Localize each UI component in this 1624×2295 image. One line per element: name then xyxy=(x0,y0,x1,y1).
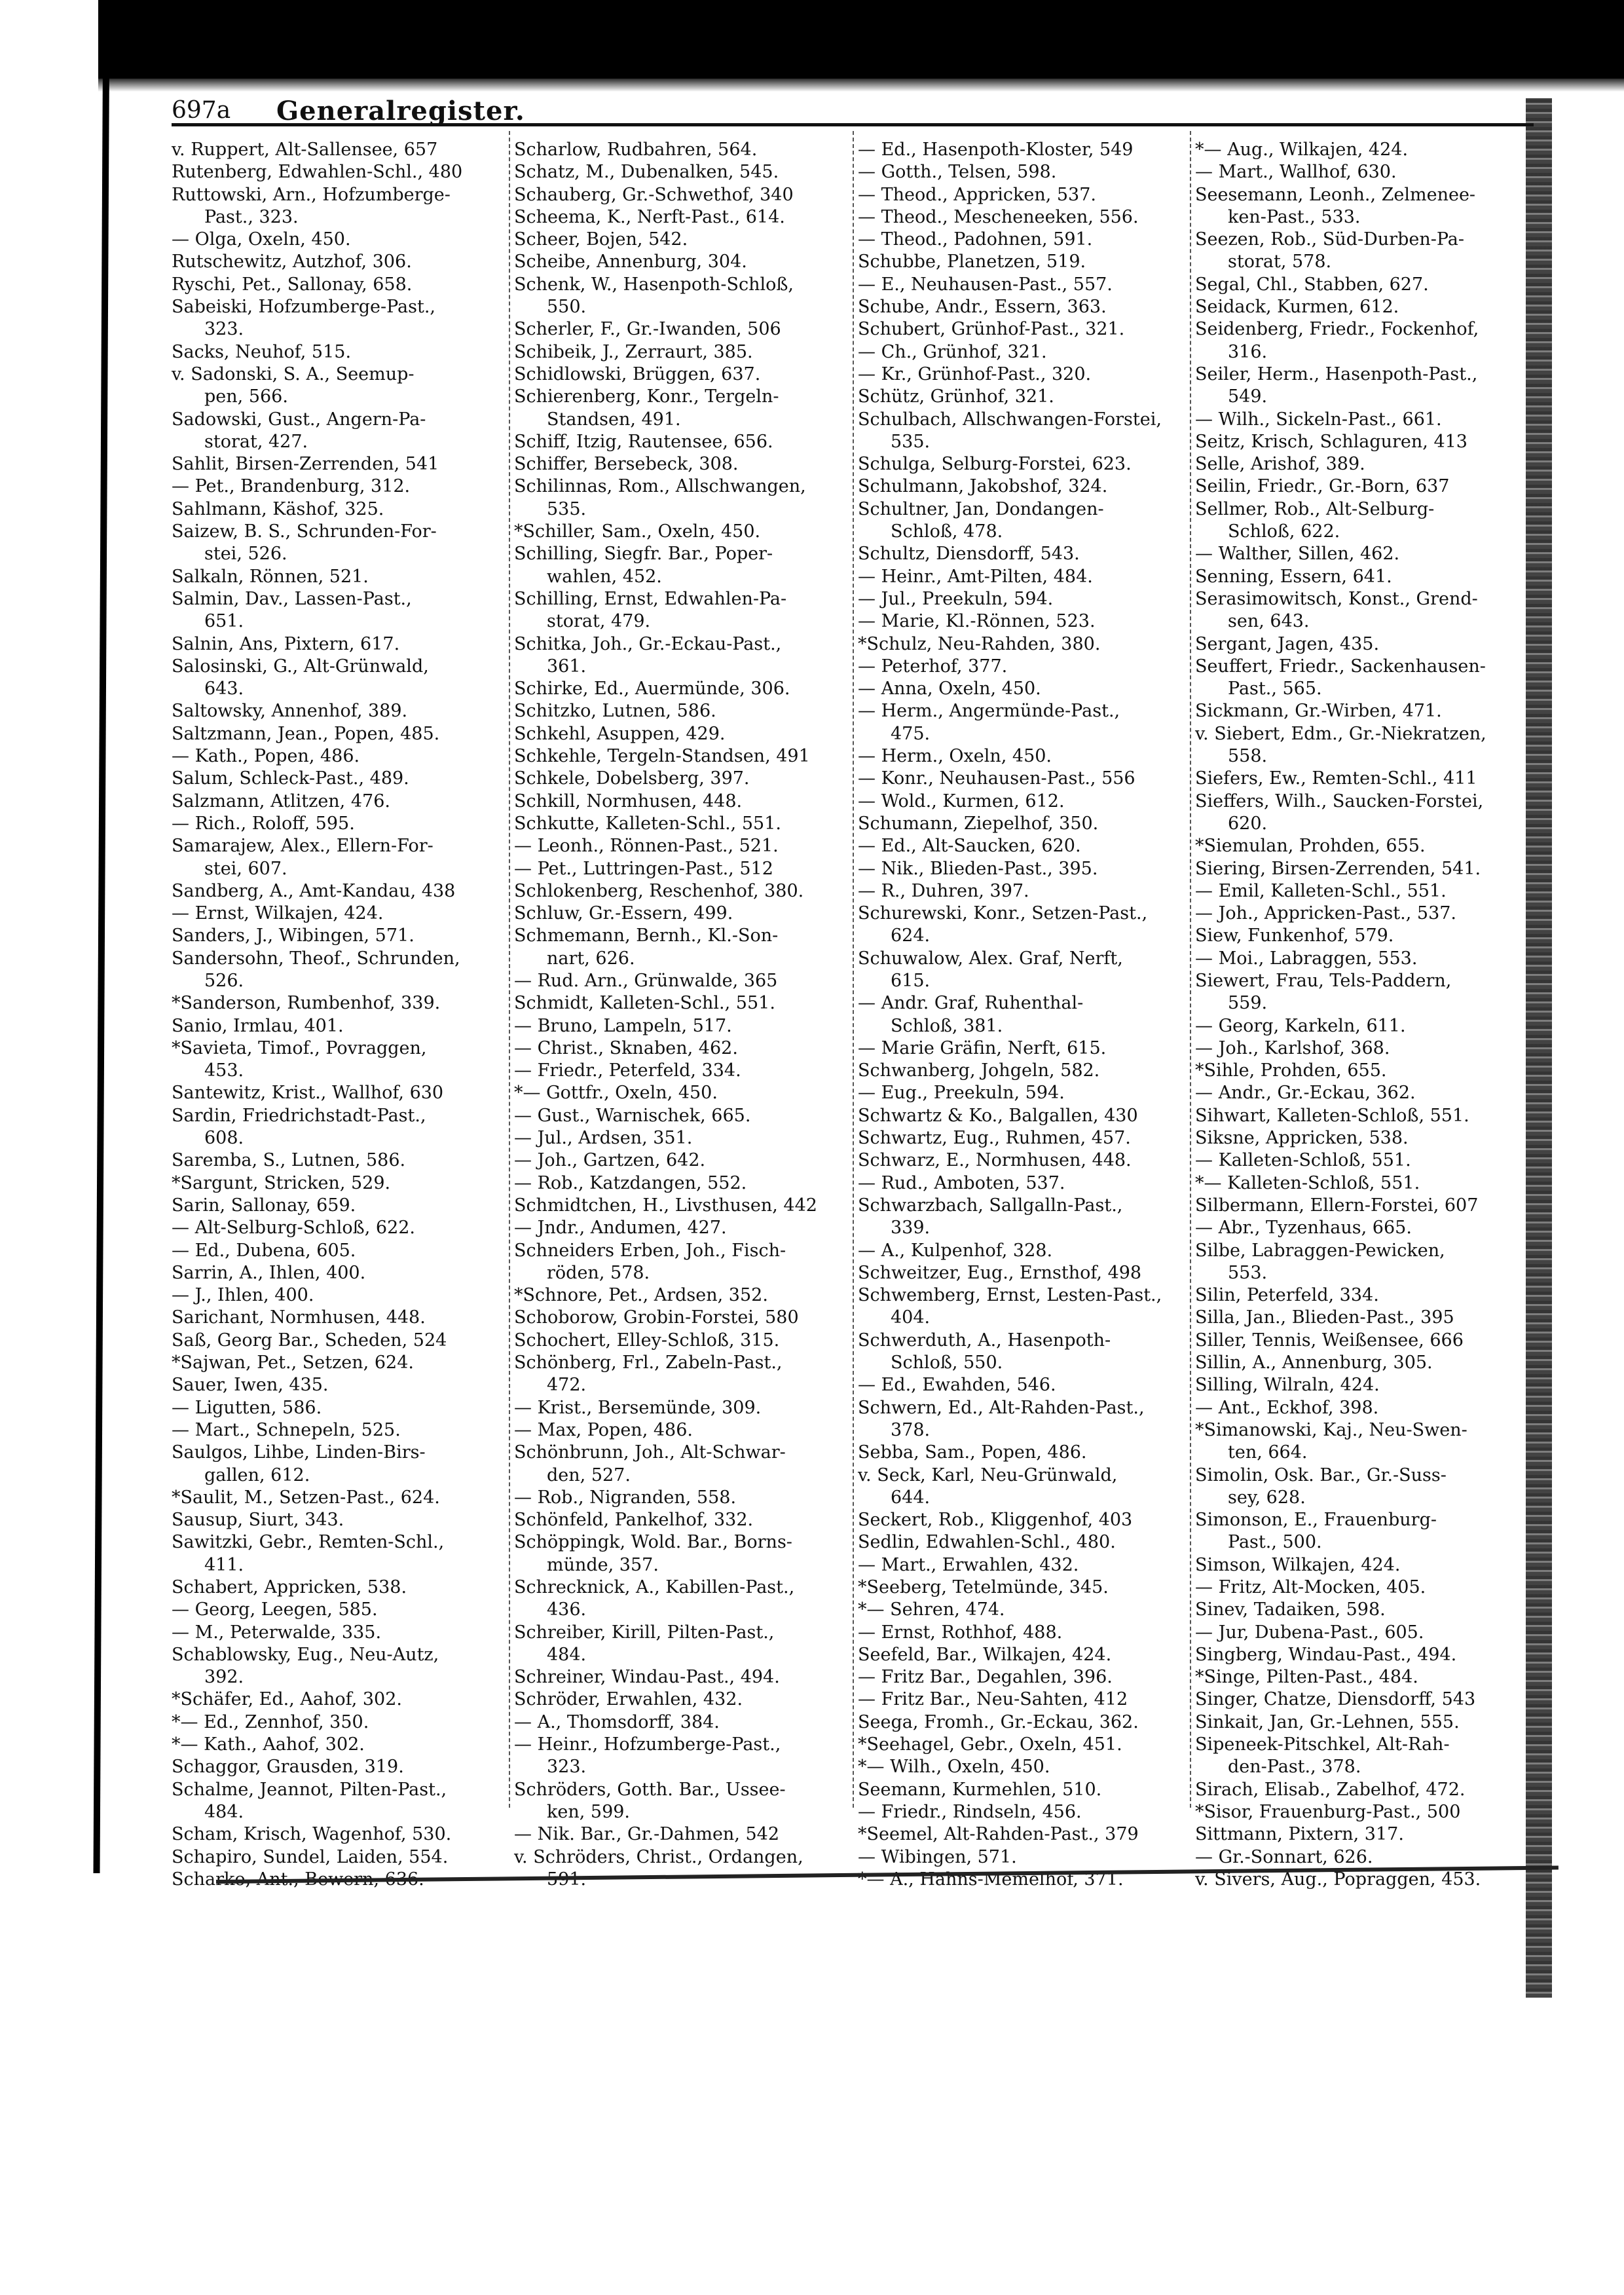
register-entry: Salosinski, G., Alt-Grünwald, xyxy=(172,656,512,678)
register-entry: — Georg, Leegen, 585. xyxy=(172,1599,512,1621)
register-entry: — Ligutten, 586. xyxy=(172,1397,512,1419)
register-entry-continuation: Past., 323. xyxy=(172,206,512,229)
register-entry: Schmemann, Bernh., Kl.-Son- xyxy=(514,925,855,947)
register-entry: — Marie Gräfin, Nerft, 615. xyxy=(858,1037,1198,1060)
register-entry: Sebba, Sam., Popen, 486. xyxy=(858,1442,1198,1464)
register-entry: — Kr., Grünhof-Past., 320. xyxy=(858,364,1198,386)
register-entry: Sanio, Irmlau, 401. xyxy=(172,1015,512,1037)
register-entry: Schubert, Grünhof-Past., 321. xyxy=(858,318,1198,341)
register-entry: Simolin, Osk. Bar., Gr.-Suss- xyxy=(1195,1465,1536,1487)
register-entry: Scharlow, Rudbahren, 564. xyxy=(514,139,855,161)
register-entry: Sadowski, Gust., Angern-Pa- xyxy=(172,409,512,431)
register-entry: Sahlit, Birsen-Zerrenden, 541 xyxy=(172,453,512,476)
register-entry-continuation: 620. xyxy=(1195,813,1536,835)
register-entry: — Olga, Oxeln, 450. xyxy=(172,229,512,251)
register-entry: — J., Ihlen, 400. xyxy=(172,1284,512,1307)
register-entry: — Konr., Neuhausen-Past., 556 xyxy=(858,768,1198,790)
register-entry: Schochert, Elley-Schloß, 315. xyxy=(514,1330,855,1352)
register-entry: Schkele, Dobelsberg, 397. xyxy=(514,768,855,790)
register-entry: — Rud., Amboten, 537. xyxy=(858,1172,1198,1195)
register-entry: v. Sadonski, S. A., Seemup- xyxy=(172,364,512,386)
header-rule xyxy=(172,123,1534,126)
register-entry: Seuffert, Friedr., Sackenhausen- xyxy=(1195,656,1536,678)
register-entry: Sittmann, Pixtern, 317. xyxy=(1195,1823,1536,1846)
register-entry: Seidack, Kurmen, 612. xyxy=(1195,296,1536,318)
register-entry: — Joh., Appricken-Past., 537. xyxy=(1195,903,1536,925)
register-entry: Salkaln, Rönnen, 521. xyxy=(172,566,512,588)
register-entry: Schuwalow, Alex. Graf, Nerft, xyxy=(858,948,1198,970)
register-entry: — Moi., Labraggen, 553. xyxy=(1195,948,1536,970)
register-entry: Sawitzki, Gebr., Remten-Schl., xyxy=(172,1531,512,1554)
register-entry: — M., Peterwalde, 335. xyxy=(172,1622,512,1644)
register-entry: Schönfeld, Pankelhof, 332. xyxy=(514,1509,855,1531)
register-entry: — Georg, Karkeln, 611. xyxy=(1195,1015,1536,1037)
register-entry: Sarin, Sallonay, 659. xyxy=(172,1195,512,1217)
register-entry: Schkutte, Kalleten-Schl., 551. xyxy=(514,813,855,835)
register-entry: Siller, Tennis, Weißensee, 666 xyxy=(1195,1330,1536,1352)
register-entry: — Gust., Warnischek, 665. xyxy=(514,1105,855,1127)
register-entry: Sarrin, A., Ihlen, 400. xyxy=(172,1262,512,1284)
register-entry: *Sargunt, Stricken, 529. xyxy=(172,1172,512,1195)
register-entry: Serasimowitsch, Konst., Grend- xyxy=(1195,588,1536,610)
register-entry-continuation: Schloß, 622. xyxy=(1195,521,1536,543)
register-entry: — Anna, Oxeln, 450. xyxy=(858,678,1198,700)
register-entry-continuation: sey, 628. xyxy=(1195,1487,1536,1509)
register-entry-continuation: Past., 565. xyxy=(1195,678,1536,700)
register-entry: — Jul., Preekuln, 594. xyxy=(858,588,1198,610)
register-entry: Sardin, Friedrichstadt-Past., xyxy=(172,1105,512,1127)
scan-top-shadow xyxy=(98,0,1624,79)
register-entry-continuation: 553. xyxy=(1195,1262,1536,1284)
register-entry: — Andr. Graf, Ruhenthal- xyxy=(858,992,1198,1015)
register-entry-continuation: 615. xyxy=(858,970,1198,992)
register-entry: Schibeik, J., Zerraurt, 385. xyxy=(514,341,855,364)
register-entry: Schierenberg, Konr., Tergeln- xyxy=(514,386,855,408)
register-entry-continuation: stei, 607. xyxy=(172,858,512,880)
register-entry: Sillin, A., Annenburg, 305. xyxy=(1195,1352,1536,1374)
register-entry: — Jur, Dubena-Past., 605. xyxy=(1195,1622,1536,1644)
register-entry: Schwerduth, A., Hasenpoth- xyxy=(858,1330,1198,1352)
register-entry: Schaggor, Grausden, 319. xyxy=(172,1756,512,1778)
register-entry: — Marie, Kl.-Rönnen, 523. xyxy=(858,610,1198,633)
register-entry: Schauberg, Gr.-Schwethof, 340 xyxy=(514,184,855,206)
register-entry: Sinkait, Jan, Gr.-Lehnen, 555. xyxy=(1195,1711,1536,1734)
register-entry-continuation: 339. xyxy=(858,1217,1198,1239)
register-entry: Simonson, E., Frauenburg- xyxy=(1195,1509,1536,1531)
register-entry: Schmidtchen, H., Livsthusen, 442 xyxy=(514,1195,855,1217)
register-entry-continuation: Schloß, 381. xyxy=(858,1015,1198,1037)
register-entry: Schabert, Appricken, 538. xyxy=(172,1577,512,1599)
register-entry-continuation: 475. xyxy=(858,723,1198,745)
register-entry: Schkill, Normhusen, 448. xyxy=(514,791,855,813)
register-entry: Sahlmann, Käshof, 325. xyxy=(172,498,512,521)
register-entry: Salmin, Dav., Lassen-Past., xyxy=(172,588,512,610)
register-entry: — Friedr., Rindseln, 456. xyxy=(858,1801,1198,1823)
register-entry: Schweitzer, Eug., Ernsthof, 498 xyxy=(858,1262,1198,1284)
register-entry: — Heinr., Hofzumberge-Past., xyxy=(514,1734,855,1756)
register-entry: Seefeld, Bar., Wilkajen, 424. xyxy=(858,1644,1198,1666)
register-entry-continuation: 644. xyxy=(858,1487,1198,1509)
register-entry: — Ed., Alt-Saucken, 620. xyxy=(858,835,1198,857)
register-entry: Singberg, Windau-Past., 494. xyxy=(1195,1644,1536,1666)
register-entry: — Bruno, Lampeln, 517. xyxy=(514,1015,855,1037)
register-entry: Siew, Funkenhof, 579. xyxy=(1195,925,1536,947)
register-entry: Saß, Georg Bar., Scheden, 524 xyxy=(172,1330,512,1352)
register-entry-continuation: nart, 626. xyxy=(514,948,855,970)
register-entry-continuation: storat, 578. xyxy=(1195,251,1536,273)
register-entry: Seiler, Herm., Hasenpoth-Past., xyxy=(1195,364,1536,386)
register-entry: Scheibe, Annenburg, 304. xyxy=(514,251,855,273)
register-entry: *Schulz, Neu-Rahden, 380. xyxy=(858,633,1198,656)
register-entry: — Jndr., Andumen, 427. xyxy=(514,1217,855,1239)
register-entry-continuation: den, 527. xyxy=(514,1465,855,1487)
register-entry-continuation: Schloß, 550. xyxy=(858,1352,1198,1374)
register-entry: Schwartz & Ko., Balgallen, 430 xyxy=(858,1105,1198,1127)
register-entry: Schenk, W., Hasenpoth-Schloß, xyxy=(514,274,855,296)
register-entry: Schitka, Joh., Gr.-Eckau-Past., xyxy=(514,633,855,656)
register-entry-continuation: 378. xyxy=(858,1419,1198,1442)
register-entry: Segal, Chl., Stabben, 627. xyxy=(1195,274,1536,296)
register-entry: — Kalleten-Schloß, 551. xyxy=(1195,1149,1536,1172)
register-entry: Schütz, Grünhof, 321. xyxy=(858,386,1198,408)
register-entry: Schlokenberg, Reschenhof, 380. xyxy=(514,880,855,903)
register-entry-continuation: 316. xyxy=(1195,341,1536,364)
register-entry: Saremba, S., Lutnen, 586. xyxy=(172,1149,512,1172)
register-entry: Rutenberg, Edwahlen-Schl., 480 xyxy=(172,161,512,183)
register-entry: Sarichant, Normhusen, 448. xyxy=(172,1307,512,1329)
register-entry-continuation: Past., 500. xyxy=(1195,1531,1536,1554)
register-entry: Schulmann, Jakobshof, 324. xyxy=(858,476,1198,498)
register-entry: Scham, Krisch, Wagenhof, 530. xyxy=(172,1823,512,1846)
register-entry: Schreiner, Windau-Past., 494. xyxy=(514,1666,855,1689)
register-entry-continuation: 559. xyxy=(1195,992,1536,1015)
register-entry-continuation: 404. xyxy=(858,1307,1198,1329)
register-entry: Schulga, Selburg-Forstei, 623. xyxy=(858,453,1198,476)
register-entry: Schirke, Ed., Auermünde, 306. xyxy=(514,678,855,700)
register-entry-continuation: sen, 643. xyxy=(1195,610,1536,633)
register-entry: — Theod., Appricken, 537. xyxy=(858,184,1198,206)
register-entry: Sacks, Neuhof, 515. xyxy=(172,341,512,364)
register-entry: *— Aug., Wilkajen, 424. xyxy=(1195,139,1536,161)
register-entry: Sausup, Siurt, 343. xyxy=(172,1509,512,1531)
register-entry: Schkehl, Asuppen, 429. xyxy=(514,723,855,745)
register-entry: — Leonh., Rönnen-Past., 521. xyxy=(514,835,855,857)
register-entry: Siering, Birsen-Zerrenden, 541. xyxy=(1195,858,1536,880)
register-entry: Sandberg, A., Amt-Kandau, 438 xyxy=(172,880,512,903)
register-entry: — R., Duhren, 397. xyxy=(858,880,1198,903)
register-entry: Singer, Chatze, Diensdorff, 543 xyxy=(1195,1689,1536,1711)
register-entry: — Rud. Arn., Grünwalde, 365 xyxy=(514,970,855,992)
register-entry: — Peterhof, 377. xyxy=(858,656,1198,678)
register-entry: Seilin, Friedr., Gr.-Born, 637 xyxy=(1195,476,1536,498)
register-entry: Seega, Fromh., Gr.-Eckau, 362. xyxy=(858,1711,1198,1734)
register-entry: — Wold., Kurmen, 612. xyxy=(858,791,1198,813)
register-entry: Siefers, Ew., Remten-Schl., 411 xyxy=(1195,768,1536,790)
register-entry: Schultner, Jan, Dondangen- xyxy=(858,498,1198,521)
register-entry: — Christ., Sknaben, 462. xyxy=(514,1037,855,1060)
register-entry-continuation: stei, 526. xyxy=(172,543,512,565)
register-entry: — Pet., Brandenburg, 312. xyxy=(172,476,512,498)
register-entry: — Joh., Gartzen, 642. xyxy=(514,1149,855,1172)
register-entry: *Sajwan, Pet., Setzen, 624. xyxy=(172,1352,512,1374)
register-entry-continuation: röden, 578. xyxy=(514,1262,855,1284)
register-entry: *Schnore, Pet., Ardsen, 352. xyxy=(514,1284,855,1307)
register-entry-continuation: ken, 599. xyxy=(514,1801,855,1823)
register-entry: Schwarzbach, Sallgalln-Past., xyxy=(858,1195,1198,1217)
register-entry: — Joh., Karlshof, 368. xyxy=(1195,1037,1536,1060)
register-entry: — Heinr., Amt-Pilten, 484. xyxy=(858,566,1198,588)
register-entry: Schultz, Diensdorff, 543. xyxy=(858,543,1198,565)
register-entry: *— Kath., Aahof, 302. xyxy=(172,1734,512,1756)
register-entry: Schönbrunn, Joh., Alt-Schwar- xyxy=(514,1442,855,1464)
register-entry: Schilling, Ernst, Edwahlen-Pa- xyxy=(514,588,855,610)
register-entry-continuation: 411. xyxy=(172,1554,512,1577)
register-entry: *Simanowski, Kaj., Neu-Swen- xyxy=(1195,1419,1536,1442)
register-entry-continuation: wahlen, 452. xyxy=(514,566,855,588)
register-entry: *Seeberg, Tetelmünde, 345. xyxy=(858,1577,1198,1599)
register-entry: — Nik., Blieden-Past., 395. xyxy=(858,858,1198,880)
register-entry: Schitzko, Lutnen, 586. xyxy=(514,700,855,722)
register-entry-continuation: gallen, 612. xyxy=(172,1465,512,1487)
register-entry: Sandersohn, Theof., Schrunden, xyxy=(172,948,512,970)
register-entry: Schwartz, Eug., Ruhmen, 457. xyxy=(858,1127,1198,1149)
register-column-2: Scharlow, Rudbahren, 564.Schatz, M., Dub… xyxy=(514,139,855,1891)
register-entry: Silbermann, Ellern-Forstei, 607 xyxy=(1195,1195,1536,1217)
register-entry: — Ed., Dubena, 605. xyxy=(172,1240,512,1262)
register-entry: — Wilh., Sickeln-Past., 661. xyxy=(1195,409,1536,431)
register-entry: — Gr.-Sonnart, 626. xyxy=(1195,1846,1536,1869)
register-entry: *— Gottfr., Oxeln, 450. xyxy=(514,1082,855,1104)
register-entry: Scheer, Bojen, 542. xyxy=(514,229,855,251)
register-entry: Seitz, Krisch, Schlaguren, 413 xyxy=(1195,431,1536,453)
register-entry: Schapiro, Sundel, Laiden, 554. xyxy=(172,1846,512,1869)
register-entry: — Eug., Preekuln, 594. xyxy=(858,1082,1198,1104)
register-entry: Siewert, Frau, Tels-Paddern, xyxy=(1195,970,1536,992)
register-entry: — Alt-Selburg-Schloß, 622. xyxy=(172,1217,512,1239)
register-entry: — Herm., Angermünde-Past., xyxy=(858,700,1198,722)
register-entry-continuation: 484. xyxy=(172,1801,512,1823)
register-entry: Schubbe, Planetzen, 519. xyxy=(858,251,1198,273)
register-entry: — Theod., Padohnen, 591. xyxy=(858,229,1198,251)
register-entry: Schube, Andr., Essern, 363. xyxy=(858,296,1198,318)
register-entry: Sickmann, Gr.-Wirben, 471. xyxy=(1195,700,1536,722)
register-entry-continuation: 549. xyxy=(1195,386,1536,408)
register-entry: Schablowsky, Eug., Neu-Autz, xyxy=(172,1644,512,1666)
register-entry: Sauer, Iwen, 435. xyxy=(172,1374,512,1396)
register-entry: — Gotth., Telsen, 598. xyxy=(858,161,1198,183)
register-entry: Sabeiski, Hofzumberge-Past., xyxy=(172,296,512,318)
register-entry-continuation: 558. xyxy=(1195,745,1536,768)
register-entry: Schkehle, Tergeln-Standsen, 491 xyxy=(514,745,855,768)
register-entry: — Fritz, Alt-Mocken, 405. xyxy=(1195,1577,1536,1599)
register-entry-continuation: pen, 566. xyxy=(172,386,512,408)
register-entry: Saltzmann, Jean., Popen, 485. xyxy=(172,723,512,745)
register-entry: Seemann, Kurmehlen, 510. xyxy=(858,1779,1198,1801)
scan-left-edge xyxy=(94,0,110,1873)
register-entry-continuation: ken-Past., 533. xyxy=(1195,206,1536,229)
register-entry: Silling, Wilraln, 424. xyxy=(1195,1374,1536,1396)
register-entry-continuation: 484. xyxy=(514,1644,855,1666)
register-entry: Saizew, B. S., Schrunden-For- xyxy=(172,521,512,543)
register-entry: Santewitz, Krist., Wallhof, 630 xyxy=(172,1082,512,1104)
register-entry: — Ernst, Rothhof, 488. xyxy=(858,1622,1198,1644)
register-entry: Sanders, J., Wibingen, 571. xyxy=(172,925,512,947)
register-entry: *Saulit, M., Setzen-Past., 624. xyxy=(172,1487,512,1509)
register-entry: — Rob., Nigranden, 558. xyxy=(514,1487,855,1509)
register-entry: Schiff, Itzig, Rautensee, 656. xyxy=(514,431,855,453)
register-entry-continuation: 643. xyxy=(172,678,512,700)
register-entry: Sipeneek-Pitschkel, Alt-Rah- xyxy=(1195,1734,1536,1756)
register-entry: Schalme, Jeannot, Pilten-Past., xyxy=(172,1779,512,1801)
register-entry: — Fritz Bar., Neu-Sahten, 412 xyxy=(858,1689,1198,1711)
register-entry: Schwern, Ed., Alt-Rahden-Past., xyxy=(858,1397,1198,1419)
register-entry-continuation: storat, 479. xyxy=(514,610,855,633)
register-entry: Schatz, M., Dubenalken, 545. xyxy=(514,161,855,183)
register-entry: Sinev, Tadaiken, 598. xyxy=(1195,1599,1536,1621)
register-entry: *Seemel, Alt-Rahden-Past., 379 xyxy=(858,1823,1198,1846)
register-entry-continuation: Standsen, 491. xyxy=(514,409,855,431)
register-entry: — Ed., Ewahden, 546. xyxy=(858,1374,1198,1396)
register-entry: Schönberg, Frl., Zabeln-Past., xyxy=(514,1352,855,1374)
register-entry: Schurewski, Konr., Setzen-Past., xyxy=(858,903,1198,925)
register-column-1: v. Ruppert, Alt-Sallensee, 657Rutenberg,… xyxy=(172,139,512,1891)
register-entry: — Max, Popen, 486. xyxy=(514,1419,855,1442)
register-entry: — Andr., Gr.-Eckau, 362. xyxy=(1195,1082,1536,1104)
register-entry-continuation: 472. xyxy=(514,1374,855,1396)
register-entry-continuation: münde, 357. xyxy=(514,1554,855,1577)
register-entry: *Schiller, Sam., Oxeln, 450. xyxy=(514,521,855,543)
register-entry: — Herm., Oxeln, 450. xyxy=(858,745,1198,768)
register-entry: Seidenberg, Friedr., Fockenhof, xyxy=(1195,318,1536,341)
register-entry: Schumann, Ziepelhof, 350. xyxy=(858,813,1198,835)
register-entry-continuation: 436. xyxy=(514,1599,855,1621)
register-entry: Sieffers, Wilh., Saucken-Forstei, xyxy=(1195,791,1536,813)
register-entry: Schrecknick, A., Kabillen-Past., xyxy=(514,1577,855,1599)
register-entry: — Fritz Bar., Degahlen, 396. xyxy=(858,1666,1198,1689)
register-entry: *Siemulan, Prohden, 655. xyxy=(1195,835,1536,857)
register-entry: *Sanderson, Rumbenhof, 339. xyxy=(172,992,512,1015)
register-entry-continuation: 608. xyxy=(172,1127,512,1149)
register-entry: Saltowsky, Annenhof, 389. xyxy=(172,700,512,722)
register-entry: Schmidt, Kalleten-Schl., 551. xyxy=(514,992,855,1015)
register-entry: Schwemberg, Ernst, Lesten-Past., xyxy=(858,1284,1198,1307)
register-entry: Scheema, K., Nerft-Past., 614. xyxy=(514,206,855,229)
register-entry: Sihwart, Kalleten-Schloß, 551. xyxy=(1195,1105,1536,1127)
register-entry-continuation: 535. xyxy=(858,431,1198,453)
register-entry: Schröders, Gotth. Bar., Ussee- xyxy=(514,1779,855,1801)
register-column-3: — Ed., Hasenpoth-Kloster, 549— Gotth., T… xyxy=(858,139,1198,1891)
register-entry: Schneiders Erben, Joh., Fisch- xyxy=(514,1240,855,1262)
register-entry-continuation: 323. xyxy=(172,318,512,341)
register-entry: Samarajew, Alex., Ellern-For- xyxy=(172,835,512,857)
register-entry: Ruttowski, Arn., Hofzumberge- xyxy=(172,184,512,206)
register-entry: Salnin, Ans, Pixtern, 617. xyxy=(172,633,512,656)
register-entry: Schreiber, Kirill, Pilten-Past., xyxy=(514,1622,855,1644)
register-entry: Salzmann, Atlitzen, 476. xyxy=(172,791,512,813)
register-entry: v. Schröders, Christ., Ordangen, xyxy=(514,1846,855,1869)
register-entry: — Pet., Luttringen-Past., 512 xyxy=(514,858,855,880)
register-entry-continuation: 323. xyxy=(514,1756,855,1778)
register-entry-continuation: 624. xyxy=(858,925,1198,947)
register-entry: Schoborow, Grobin-Forstei, 580 xyxy=(514,1307,855,1329)
register-entry: Senning, Essern, 641. xyxy=(1195,566,1536,588)
register-entry-continuation: den-Past., 378. xyxy=(1195,1756,1536,1778)
register-entry: *Schäfer, Ed., Aahof, 302. xyxy=(172,1689,512,1711)
register-entry: *— Sehren, 474. xyxy=(858,1599,1198,1621)
register-entry: — Rob., Katzdangen, 552. xyxy=(514,1172,855,1195)
register-entry: — A., Kulpenhof, 328. xyxy=(858,1240,1198,1262)
register-entry: *— Wilh., Oxeln, 450. xyxy=(858,1756,1198,1778)
register-entry: — Mart., Schnepeln, 525. xyxy=(172,1419,512,1442)
register-entry: Schulbach, Allschwangen-Forstei, xyxy=(858,409,1198,431)
register-entry: Schilinnas, Rom., Allschwangen, xyxy=(514,476,855,498)
register-entry: Schidlowski, Brüggen, 637. xyxy=(514,364,855,386)
register-entry: *— Kalleten-Schloß, 551. xyxy=(1195,1172,1536,1195)
register-entry-continuation: 550. xyxy=(514,296,855,318)
register-entry: — Ch., Grünhof, 321. xyxy=(858,341,1198,364)
register-entry: Rutschewitz, Autzhof, 306. xyxy=(172,251,512,273)
register-entry: Scherler, F., Gr.-Iwanden, 506 xyxy=(514,318,855,341)
register-entry: Schiffer, Bersebeck, 308. xyxy=(514,453,855,476)
register-entry: Ryschi, Pet., Sallonay, 658. xyxy=(172,274,512,296)
register-entry: — Mart., Erwahlen, 432. xyxy=(858,1554,1198,1577)
register-entry: — Krist., Bersemünde, 309. xyxy=(514,1397,855,1419)
register-entry: Sergant, Jagen, 435. xyxy=(1195,633,1536,656)
register-entry-continuation: 651. xyxy=(172,610,512,633)
register-entry: — Friedr., Peterfeld, 334. xyxy=(514,1060,855,1082)
register-entry: — Kath., Popen, 486. xyxy=(172,745,512,768)
register-entry: Siksne, Appricken, 538. xyxy=(1195,1127,1536,1149)
register-entry: Sellmer, Rob., Alt-Selburg- xyxy=(1195,498,1536,521)
register-entry: Saulgos, Lihbe, Linden-Birs- xyxy=(172,1442,512,1464)
register-entry: *Seehagel, Gebr., Oxeln, 451. xyxy=(858,1734,1198,1756)
register-entry: Selle, Arishof, 389. xyxy=(1195,453,1536,476)
register-entry: Schluw, Gr.-Essern, 499. xyxy=(514,903,855,925)
register-entry: *Singe, Pilten-Past., 484. xyxy=(1195,1666,1536,1689)
register-entry: — Rich., Roloff, 595. xyxy=(172,813,512,835)
register-entry: — Ant., Eckhof, 398. xyxy=(1195,1397,1536,1419)
page-number: 697a xyxy=(172,97,231,124)
register-entry-continuation: 453. xyxy=(172,1060,512,1082)
register-entry: — Jul., Ardsen, 351. xyxy=(514,1127,855,1149)
register-entry-continuation: 392. xyxy=(172,1666,512,1689)
register-entry: Seesemann, Leonh., Zelmenee- xyxy=(1195,184,1536,206)
register-entry: — Walther, Sillen, 462. xyxy=(1195,543,1536,565)
register-entry: Schilling, Siegfr. Bar., Poper- xyxy=(514,543,855,565)
register-entry-continuation: storat, 427. xyxy=(172,431,512,453)
register-entry: — A., Thomsdorff, 384. xyxy=(514,1711,855,1734)
register-entry: Schöppingk, Wold. Bar., Borns- xyxy=(514,1531,855,1554)
register-entry: Seezen, Rob., Süd-Durben-Pa- xyxy=(1195,229,1536,251)
register-entry: — Abr., Tyzenhaus, 665. xyxy=(1195,1217,1536,1239)
register-entry: — Nik. Bar., Gr.-Dahmen, 542 xyxy=(514,1823,855,1846)
register-entry: — Theod., Mescheneeken, 556. xyxy=(858,206,1198,229)
register-entry: Seckert, Rob., Kliggenhof, 403 xyxy=(858,1509,1198,1531)
register-entry: *Sihle, Prohden, 655. xyxy=(1195,1060,1536,1082)
register-entry: — Ernst, Wilkajen, 424. xyxy=(172,903,512,925)
register-entry: Schwanberg, Johgeln, 582. xyxy=(858,1060,1198,1082)
register-entry-continuation: 361. xyxy=(514,656,855,678)
register-entry: Simson, Wilkajen, 424. xyxy=(1195,1554,1536,1577)
register-entry: v. Siebert, Edm., Gr.-Niekratzen, xyxy=(1195,723,1536,745)
register-entry: Sirach, Elisab., Zabelhof, 472. xyxy=(1195,1779,1536,1801)
register-entry: — Mart., Wallhof, 630. xyxy=(1195,161,1536,183)
register-entry-continuation: 526. xyxy=(172,970,512,992)
register-entry: Silbe, Labraggen-Pewicken, xyxy=(1195,1240,1536,1262)
register-entry: Schröder, Erwahlen, 432. xyxy=(514,1689,855,1711)
register-entry: — Wibingen, 571. xyxy=(858,1846,1198,1869)
running-title: Generalregister. xyxy=(276,96,525,126)
